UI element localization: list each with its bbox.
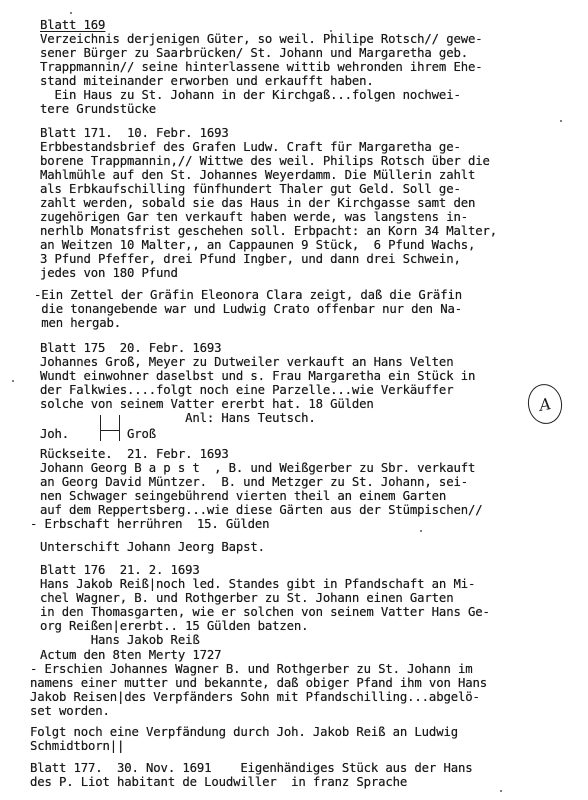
text-line: nen Schwager seingebührend vierten theil… <box>40 489 446 503</box>
text-line: set worden. <box>30 704 110 718</box>
signature-line: Unterschift Johann Jeorg Bapst. <box>40 540 265 554</box>
text-line: Schmidtborn|| <box>30 739 124 753</box>
text-line: auf dem Reppertsberg...wie diese Gärten … <box>40 503 482 517</box>
text-line: Johann Georg B a p s t , B. und Weißgerb… <box>40 461 475 475</box>
text-line: zugehörigen Gar ten verkauft haben werde… <box>40 210 468 224</box>
text-line: solche von seinem Vatter ererbt hat. 18 … <box>40 397 374 411</box>
scan-speck <box>330 30 332 32</box>
scan-speck <box>420 530 422 532</box>
text-line: zahlt werden, sobald sie das Haus in der… <box>40 196 475 210</box>
text-line: Ein Haus zu St. Johann in der Kirchgaß..… <box>40 88 461 102</box>
folio-heading-171: Blatt 171. 10. Febr. 1693 <box>40 126 229 140</box>
text-line: - Erschien Johannes Wagner B. und Rothge… <box>30 662 472 676</box>
text-line: jedes von 180 Pfund <box>40 266 178 280</box>
text-line: als Erbkaufschilling fünfhundert Thaler … <box>40 182 461 196</box>
margin-annotation-circle: A <box>525 381 565 426</box>
text-line: Actum den 8ten Merty 1727 <box>40 648 221 662</box>
signature-line: Hans Jakob Reiß <box>40 633 200 647</box>
text-line: des P. Liot habitant de Loudwiller in fr… <box>30 775 407 789</box>
text-line: men hergab. <box>34 316 121 330</box>
text-line: Hans Jakob Reiß|noch led. Standes gibt i… <box>40 577 475 591</box>
text-line: Mahlmühle auf den St. Johannes Weyerdamm… <box>40 168 475 182</box>
signature-line: Joh. Groß <box>40 427 156 441</box>
text-line: 3 Pfund Pfeffer, drei Pfund Ingber, und … <box>40 252 461 266</box>
folio-heading-176: Blatt 176 21. 2. 1693 <box>40 563 200 577</box>
folio-heading-177: Blatt 177. 30. Nov. 1691 Eigenhändiges S… <box>30 761 472 775</box>
text-line: org Reißen|ererbt.. 15 Gülden batzen. <box>40 619 308 633</box>
text-line: Wundt einwohner daselbst und s. Frau Mar… <box>40 369 475 383</box>
text-line: Jakob Reisen|des Verpfänders Sohn mit Pf… <box>30 690 480 704</box>
text-line: Anl: Hans Teutsch. <box>40 411 316 425</box>
text-line: Johannes Groß, Meyer zu Dutweiler verkau… <box>40 355 453 369</box>
text-line: - Erbschaft herrühren 15. Gülden <box>30 517 269 531</box>
folio-heading-reverse: Rückseite. 21. Febr. 1693 <box>40 447 229 461</box>
scan-speck <box>70 12 72 14</box>
text-line: sener Bürger zu Saarbrücken/ St. Johann … <box>40 46 468 60</box>
text-line: namens einer mutter und bekannte, daß ob… <box>30 676 487 690</box>
text-line: stand miteinander erworben und erkaufft … <box>40 74 374 88</box>
text-line: in den Thomasgarten, wie er solchen von … <box>40 605 490 619</box>
text-line: an Weitzen 10 Malter,, an Cappaunen 9 St… <box>40 238 475 252</box>
scan-speck <box>12 380 14 382</box>
text-line: Folgt noch eine Verpfändung durch Joh. J… <box>30 725 458 739</box>
text-line: tere Grundstücke <box>40 102 156 116</box>
text-line: nerhlb Monatsfrist geschehen soll. Erbpa… <box>40 224 497 238</box>
house-mark-icon <box>100 415 120 441</box>
text-line: chel Wagner, B. und Rothgerber zu St. Jo… <box>40 591 453 605</box>
scan-speck <box>500 790 502 792</box>
text-line: borene Trappmannin,// Wittwe des weil. P… <box>40 154 490 168</box>
document-page: Blatt 169 Verzeichnis derjenigen Güter, … <box>0 0 588 800</box>
folio-label: Blatt 169 <box>40 18 105 32</box>
text-line: -Ein Zettel der Gräfin Eleonora Clara ze… <box>34 288 462 302</box>
text-line: der Falkwies....folgt noch eine Parzelle… <box>40 383 453 397</box>
text-line: Verzeichnis derjenigen Güter, so weil. P… <box>40 32 482 46</box>
text-line: an Georg David Müntzer. B. und Metzger z… <box>40 475 468 489</box>
folio-heading-169: Blatt 169 <box>40 18 105 32</box>
scan-speck <box>560 120 562 122</box>
text-line: Erbbestandsbrief des Grafen Ludw. Craft … <box>40 140 461 154</box>
text-line: Trappmannin// seine hinterlassene wittib… <box>40 60 482 74</box>
folio-heading-175: Blatt 175 20. Febr. 1693 <box>40 341 221 355</box>
text-line: die tonangebende war und Ludwig Crato of… <box>34 302 462 316</box>
